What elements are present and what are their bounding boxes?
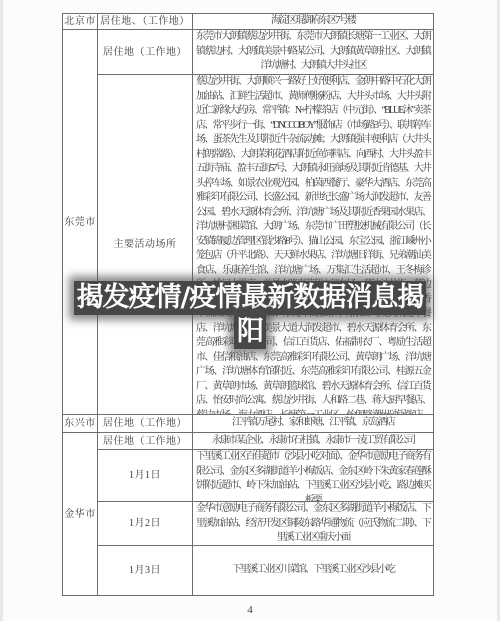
category-cell: 居住地、（工作地） <box>98 14 193 30</box>
watermark-line2: 阳 <box>234 315 266 349</box>
locations-cell: 金华市意励电子商务有限公司、金东区多湖街道羊小梅饭店、下里溪加油站、经济开发区铜… <box>193 502 434 546</box>
category-cell: 主要活动场所 <box>98 75 193 415</box>
watermark-line1-wrap: 揭发疫情/疫情最新数据消息揭 <box>0 281 500 315</box>
locations-cell: 永康市某企业、永康市石柱镇、永康市一凌工贸有限公司 <box>193 433 434 450</box>
page-number: 4 <box>0 604 500 616</box>
date-cell-jan1: 1月1日 <box>98 450 193 502</box>
watermark-line2-wrap: 阳 <box>0 315 500 349</box>
locations-cell: 江平镇万尾村、家和虾塘、江平镇、京岛酒店 <box>193 415 434 433</box>
category-cell: 居住地（工作地） <box>98 433 193 450</box>
category-cell: 居住地（工作地） <box>98 415 193 433</box>
category-cell: 居住地（工作地） <box>98 30 193 75</box>
locations-cell: 海淀区琨御府东区7号楼 <box>193 14 434 30</box>
date-cell-jan3: 1月3日 <box>98 546 193 596</box>
locations-cell: 蔡边沙井街、大朗顺兴一路好上好便利店、金朗中路中石化大朗加油站、汇鲜生活超市、黄… <box>193 75 434 415</box>
watermark-line1: 揭发疫情/疫情最新数据消息揭 <box>74 281 427 315</box>
city-cell-beijing: 北京市 <box>63 14 98 30</box>
locations-cell: 东莞市大朗镇蔡边沙井街、东莞市大朗镇长塘第一工业区、大朗镇蔡边村、大朗镇美景中路… <box>193 30 434 75</box>
city-cell-jinhua: 金华市 <box>63 433 98 596</box>
watermark-overlay: 揭发疫情/疫情最新数据消息揭 阳 <box>0 281 500 349</box>
city-cell-dongguan: 东莞市 <box>63 30 98 415</box>
city-cell-dongxing: 东兴市 <box>63 415 98 433</box>
date-cell-jan2: 1月2日 <box>98 502 193 546</box>
locations-cell: 下里溪工业区百佳超市（沙县小吃对面）、金华市意励电子商务有限公司、金东区多湖街道… <box>193 450 434 502</box>
locations-cell: 下里溪工业区川菜馆、下里溪工业区沙县小吃 <box>193 546 434 596</box>
